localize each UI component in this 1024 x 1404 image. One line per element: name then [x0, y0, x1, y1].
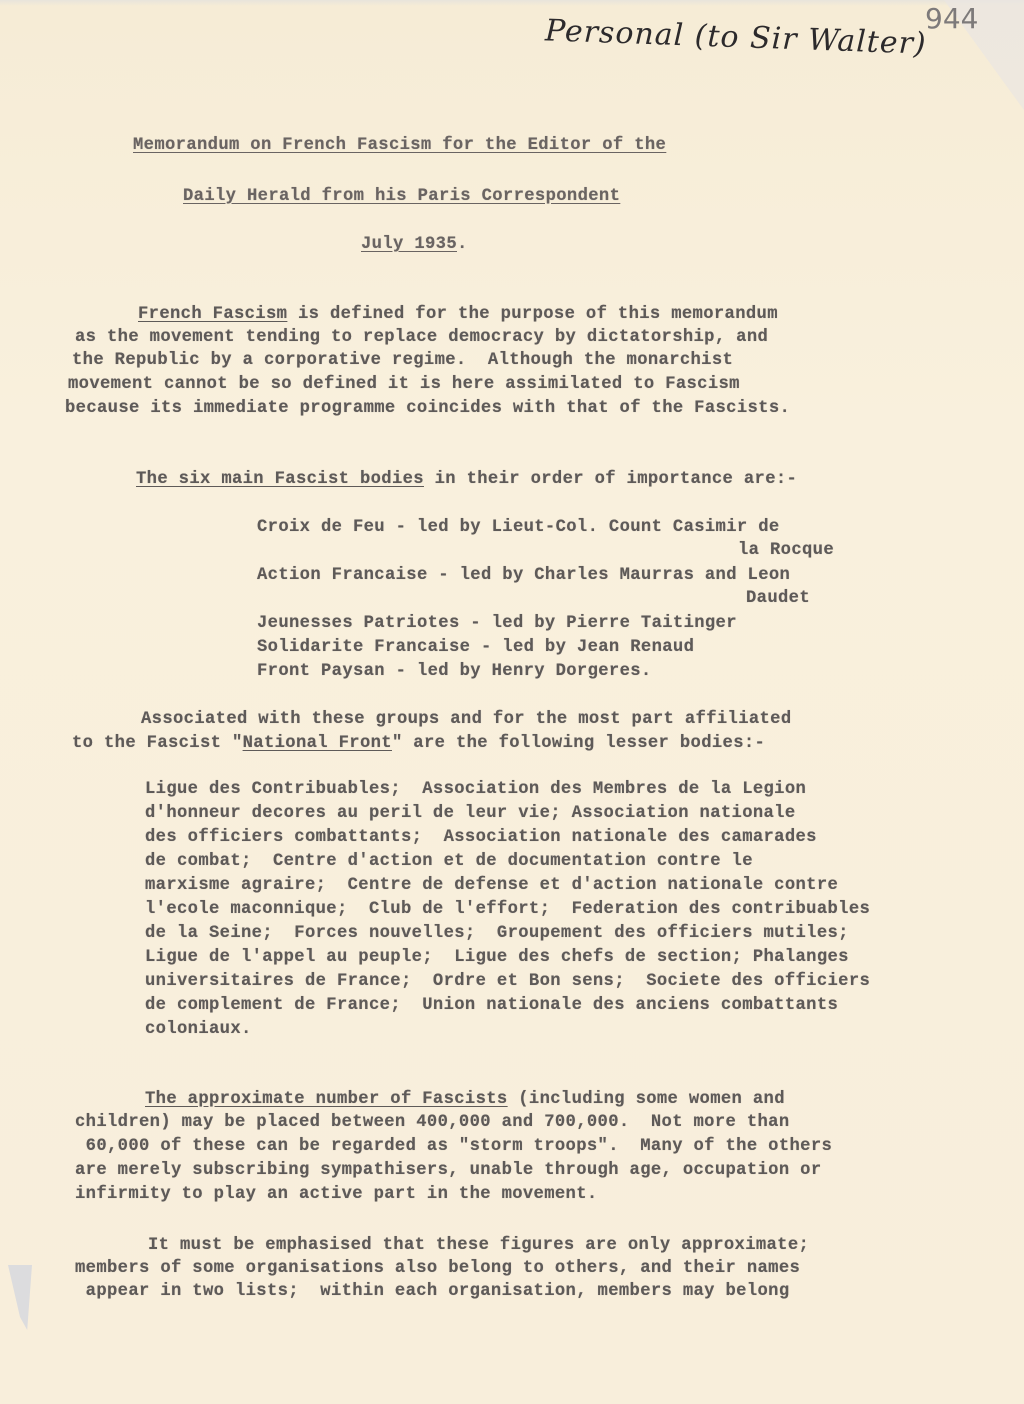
lesser-line-1: Ligue des Contribuables; Association des…	[145, 780, 806, 799]
date-period: .	[457, 235, 468, 254]
lesser-line-10: de complement de France; Union nationale…	[145, 996, 838, 1015]
page-edge-shadow	[0, 0, 1024, 6]
para2-text: in their order of importance are:-	[424, 470, 797, 489]
lesser-line-3: des officiers combattants; Association n…	[145, 828, 817, 847]
para4-line-3: 60,000 of these can be regarded as "stor…	[75, 1137, 832, 1156]
date-text: July 1935	[361, 235, 457, 254]
para1-text: is defined for the purpose of this memor…	[287, 305, 778, 324]
main-body-1: Croix de Feu - led by Lieut-Col. Count C…	[257, 518, 780, 537]
handwritten-note: Personal (to Sir Walter)	[545, 13, 928, 61]
lesser-line-4: de combat; Centre d'action et de documen…	[145, 852, 753, 871]
para4-line-1: The approximate number of Fascists (incl…	[145, 1090, 785, 1109]
para1-line-4: movement cannot be so defined it is here…	[68, 375, 740, 394]
para3-pre: to the Fascist "	[72, 734, 243, 753]
para4-line-5: infirmity to play an active part in the …	[75, 1185, 598, 1204]
para2-line: The six main Fascist bodies in their ord…	[136, 470, 797, 489]
main-body-4: Solidarite Francaise - led by Jean Renau…	[257, 638, 694, 657]
para3-line-1: Associated with these groups and for the…	[141, 710, 792, 729]
heading-line-1: Memorandum on French Fascism for the Edi…	[133, 136, 666, 155]
lesser-line-6: l'ecole maconnique; Club de l'effort; Fe…	[145, 900, 870, 919]
heading-line-2: Daily Herald from his Paris Corresponden…	[183, 187, 620, 206]
main-body-5: Front Paysan - led by Henry Dorgeres.	[257, 662, 652, 681]
folio-number: 944	[925, 2, 978, 35]
document-page: Personal (to Sir Walter) 944 Memorandum …	[0, 0, 1024, 1404]
para1-line-2: as the movement tending to replace democ…	[75, 328, 768, 347]
para1-line-3: the Republic by a corporative regime. Al…	[72, 351, 733, 370]
para4-line-2: children) may be placed between 400,000 …	[75, 1113, 790, 1132]
para5-line-3: appear in two lists; within each organis…	[75, 1282, 790, 1301]
heading-date: July 1935.	[361, 235, 468, 254]
para4-text: (including some women and	[508, 1090, 785, 1109]
national-front: National Front	[243, 734, 392, 753]
lesser-line-11: coloniaux.	[145, 1020, 252, 1039]
para5-line-1: It must be emphasised that these figures…	[148, 1236, 809, 1255]
para4-line-4: are merely subscribing sympathisers, una…	[75, 1161, 822, 1180]
para3-post: " are the following lesser bodies:-	[392, 734, 765, 753]
lesser-line-5: marxisme agraire; Centre de defense et d…	[145, 876, 838, 895]
para1-lead: French Fascism	[138, 305, 287, 324]
lesser-line-2: d'honneur decores au peril de leur vie; …	[145, 804, 796, 823]
lesser-line-9: universitaires de France; Ordre et Bon s…	[145, 972, 870, 991]
para1-line-1: French Fascism is defined for the purpos…	[138, 305, 778, 324]
main-body-2-cont: Daudet	[746, 589, 810, 608]
para4-lead: The approximate number of Fascists	[145, 1090, 508, 1109]
para3-line-2: to the Fascist "National Front" are the …	[72, 734, 765, 753]
para2-lead: The six main Fascist bodies	[136, 470, 424, 489]
para1-line-5: because its immediate programme coincide…	[65, 399, 790, 418]
para5-line-2: members of some organisations also belon…	[75, 1259, 800, 1278]
main-body-1-cont: la Rocque	[738, 541, 834, 560]
lesser-line-7: de la Seine; Forces nouvelles; Groupemen…	[145, 924, 849, 943]
paper-tear	[8, 1265, 32, 1330]
main-body-2: Action Francaise - led by Charles Maurra…	[257, 566, 790, 585]
main-body-3: Jeunesses Patriotes - led by Pierre Tait…	[257, 614, 737, 633]
lesser-line-8: Ligue de l'appel au peuple; Ligue des ch…	[145, 948, 849, 967]
